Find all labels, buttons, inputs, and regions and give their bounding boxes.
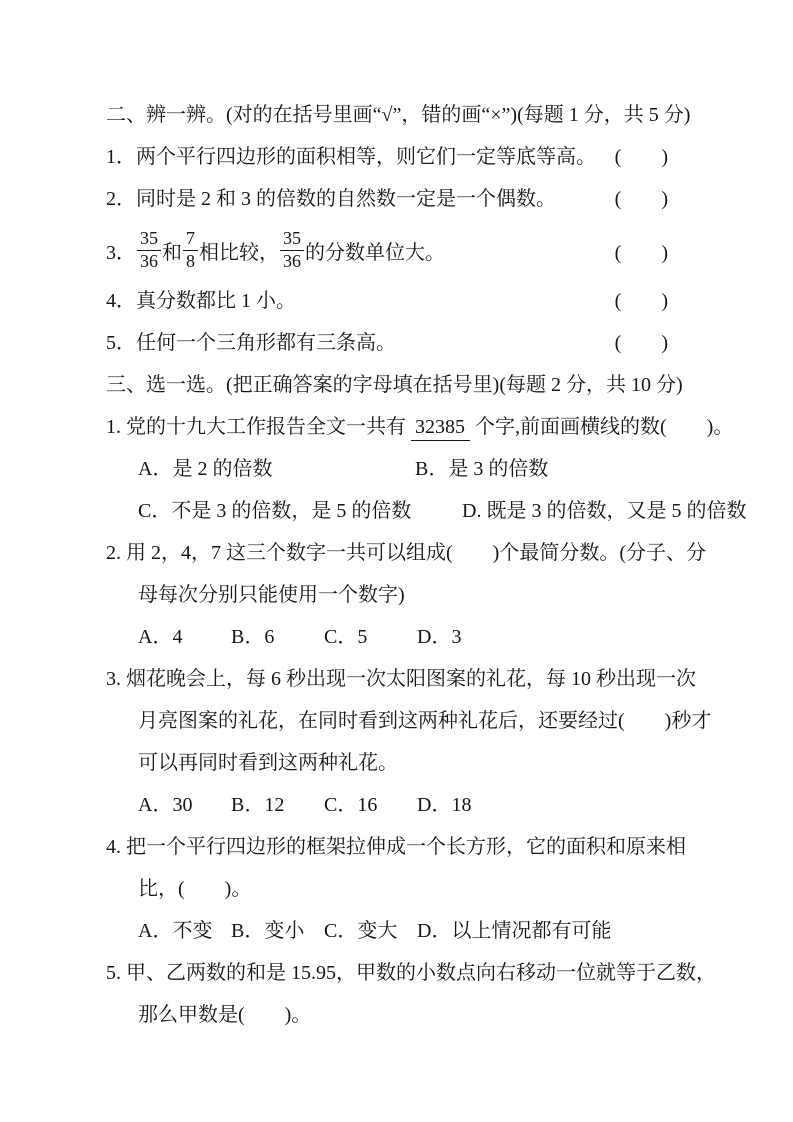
- option-a: A．30: [138, 784, 231, 826]
- option-d: D．18: [417, 784, 471, 826]
- question-number: 5．: [106, 332, 136, 354]
- option-c: C．5: [324, 616, 417, 658]
- answer-bracket: ( ): [615, 280, 668, 322]
- question-text: 烟花晚会上，每 6 秒出现一次太阳图案的礼花，每 10 秒出现一次: [126, 668, 696, 690]
- question-text: 把一个平行四边形的框架拉伸成一个长方形，它的面积和原来相: [126, 836, 686, 858]
- question-3-options: A．30B．12C．16D．18: [138, 784, 696, 826]
- question-number: 4．: [106, 290, 136, 312]
- question-number: 2.: [106, 542, 121, 564]
- question-text: 个字,前面画横线的数( )。: [475, 416, 733, 438]
- section-three-question-5-line-1: 5. 甲、乙两数的和是 15.95，甲数的小数点向右移动一位就等于乙数，: [106, 952, 696, 994]
- answer-bracket: ( ): [615, 136, 668, 178]
- denominator: 36: [280, 251, 304, 273]
- section-two-question-5: 5．任何一个三角形都有三条高。 ( ): [106, 322, 696, 364]
- section-two-question-3: 3．3536和78相比较，3536的分数单位大。 ( ): [106, 220, 696, 280]
- question-1-options-row-2: C．不是 3 的倍数，是 5 的倍数D. 既是 3 的倍数，又是 5 的倍数: [138, 490, 696, 532]
- question-number: 3．: [106, 236, 136, 265]
- option-b: B．是 3 的倍数: [415, 448, 548, 490]
- question-number: 5.: [106, 962, 121, 984]
- exam-content: 二、辨一辨。(对的在括号里画“√”，错的画“×”)(每题 1 分，共 5 分) …: [106, 94, 696, 1036]
- underlined-number: 32385: [411, 416, 470, 441]
- question-text: 党的十九大工作报告全文一共有: [126, 416, 406, 438]
- option-c: C．变大: [324, 910, 417, 952]
- option-d: D. 既是 3 的倍数，又是 5 的倍数: [462, 490, 746, 532]
- question-text: 4．真分数都比 1 小。: [106, 280, 296, 322]
- option-d: D．以上情况都有可能: [417, 910, 611, 952]
- option-a: A．不变: [138, 910, 231, 952]
- fraction: 3536: [137, 228, 161, 272]
- question-text: 2．同时是 2 和 3 的倍数的自然数一定是一个偶数。: [106, 178, 556, 220]
- section-three-question-5-line-2: 那么甲数是( )。: [138, 994, 696, 1036]
- fraction: 78: [183, 228, 198, 272]
- option-b: B．12: [231, 784, 324, 826]
- numerator: 35: [137, 228, 161, 251]
- question-text: 甲、乙两数的和是 15.95，甲数的小数点向右移动一位就等于乙数，: [126, 962, 716, 984]
- question-text: 用 2，4，7 这三个数字一共可以组成( )个最简分数。(分子、分: [126, 542, 706, 564]
- section-two-question-4: 4．真分数都比 1 小。 ( ): [106, 280, 696, 322]
- question-text: 5．任何一个三角形都有三条高。: [106, 322, 396, 364]
- document-page: 二、辨一辨。(对的在括号里画“√”，错的画“×”)(每题 1 分，共 5 分) …: [0, 0, 793, 1122]
- section-three-question-2-line-1: 2. 用 2，4，7 这三个数字一共可以组成( )个最简分数。(分子、分: [106, 532, 696, 574]
- answer-bracket: ( ): [615, 178, 668, 220]
- question-text: 1．两个平行四边形的面积相等，则它们一定等底等高。: [106, 136, 596, 178]
- section-three-question-2-line-2: 母每次分别只能使用一个数字): [138, 574, 696, 616]
- fraction: 3536: [280, 228, 304, 272]
- question-2-options: A．4B．6C．5D．3: [138, 616, 696, 658]
- section-two-question-2: 2．同时是 2 和 3 的倍数的自然数一定是一个偶数。 ( ): [106, 178, 696, 220]
- denominator: 8: [183, 251, 198, 273]
- numerator: 7: [183, 228, 198, 251]
- section-three-question-3-line-1: 3. 烟花晚会上，每 6 秒出现一次太阳图案的礼花，每 10 秒出现一次: [106, 658, 696, 700]
- section-three-question-3-line-3: 可以再同时看到这两种礼花。: [138, 742, 696, 784]
- question-number: 4.: [106, 836, 121, 858]
- question-number: 2．: [106, 188, 136, 210]
- question-1-options-row-1: A．是 2 的倍数B．是 3 的倍数: [138, 448, 696, 490]
- numerator: 35: [280, 228, 304, 251]
- question-number: 3.: [106, 668, 121, 690]
- section-three-question-1: 1. 党的十九大工作报告全文一共有 32385 个字,前面画横线的数( )。: [106, 406, 696, 448]
- denominator: 36: [137, 251, 161, 273]
- question-number: 1.: [106, 416, 121, 438]
- section-three-question-4-line-2: 比，( )。: [138, 868, 696, 910]
- answer-bracket: ( ): [615, 236, 668, 265]
- option-b: B．变小: [231, 910, 324, 952]
- option-a: A．是 2 的倍数: [138, 448, 415, 490]
- option-d: D．3: [417, 616, 461, 658]
- section-two-header: 二、辨一辨。(对的在括号里画“√”，错的画“×”)(每题 1 分，共 5 分): [106, 94, 696, 136]
- section-two-question-1: 1．两个平行四边形的面积相等，则它们一定等底等高。 ( ): [106, 136, 696, 178]
- section-three-question-3-line-2: 月亮图案的礼花，在同时看到这两种礼花后，还要经过( )秒才: [138, 700, 696, 742]
- question-number: 1．: [106, 146, 136, 168]
- section-three-header: 三、选一选。(把正确答案的字母填在括号里)(每题 2 分，共 10 分): [106, 364, 696, 406]
- option-b: B．6: [231, 616, 324, 658]
- question-4-options: A．不变B．变小C．变大D．以上情况都有可能: [138, 910, 696, 952]
- answer-bracket: ( ): [615, 322, 668, 364]
- question-text: 3．3536和78相比较，3536的分数单位大。: [106, 228, 445, 272]
- option-a: A．4: [138, 616, 231, 658]
- section-three-question-4-line-1: 4. 把一个平行四边形的框架拉伸成一个长方形，它的面积和原来相: [106, 826, 696, 868]
- option-c: C．16: [324, 784, 417, 826]
- option-c: C．不是 3 的倍数，是 5 的倍数: [138, 490, 462, 532]
